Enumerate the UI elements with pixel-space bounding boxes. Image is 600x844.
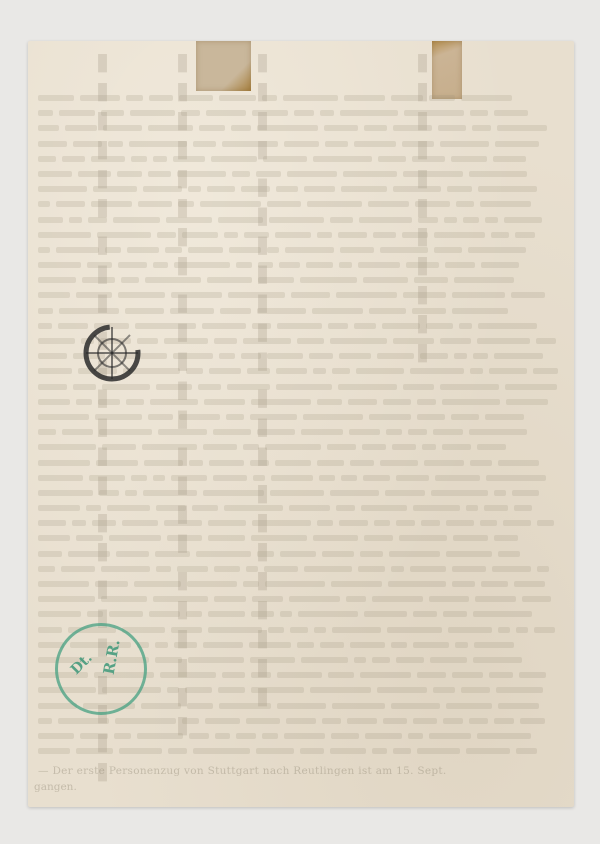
tape-piece-left	[196, 41, 251, 91]
stamp-text-line2: R.R.	[100, 638, 124, 676]
stamp-text-line1: Dt.	[68, 650, 96, 678]
closing-line: — Der erste Personenzug von Stuttgart na…	[38, 765, 564, 777]
closing-line-end: gangen.	[34, 781, 77, 793]
green-circular-stamp: Dt. R.R.	[55, 623, 147, 715]
winged-wheel-stamp-icon	[80, 321, 144, 385]
document-card: ▮▮▮▮ ▮▮▮ ▮▮ ▮▮▮▮▮▮ ▮▮▮ ▮▮▮▮▮▮ ▮▮▮▮▮▮ ▮▮▮…	[28, 41, 574, 807]
